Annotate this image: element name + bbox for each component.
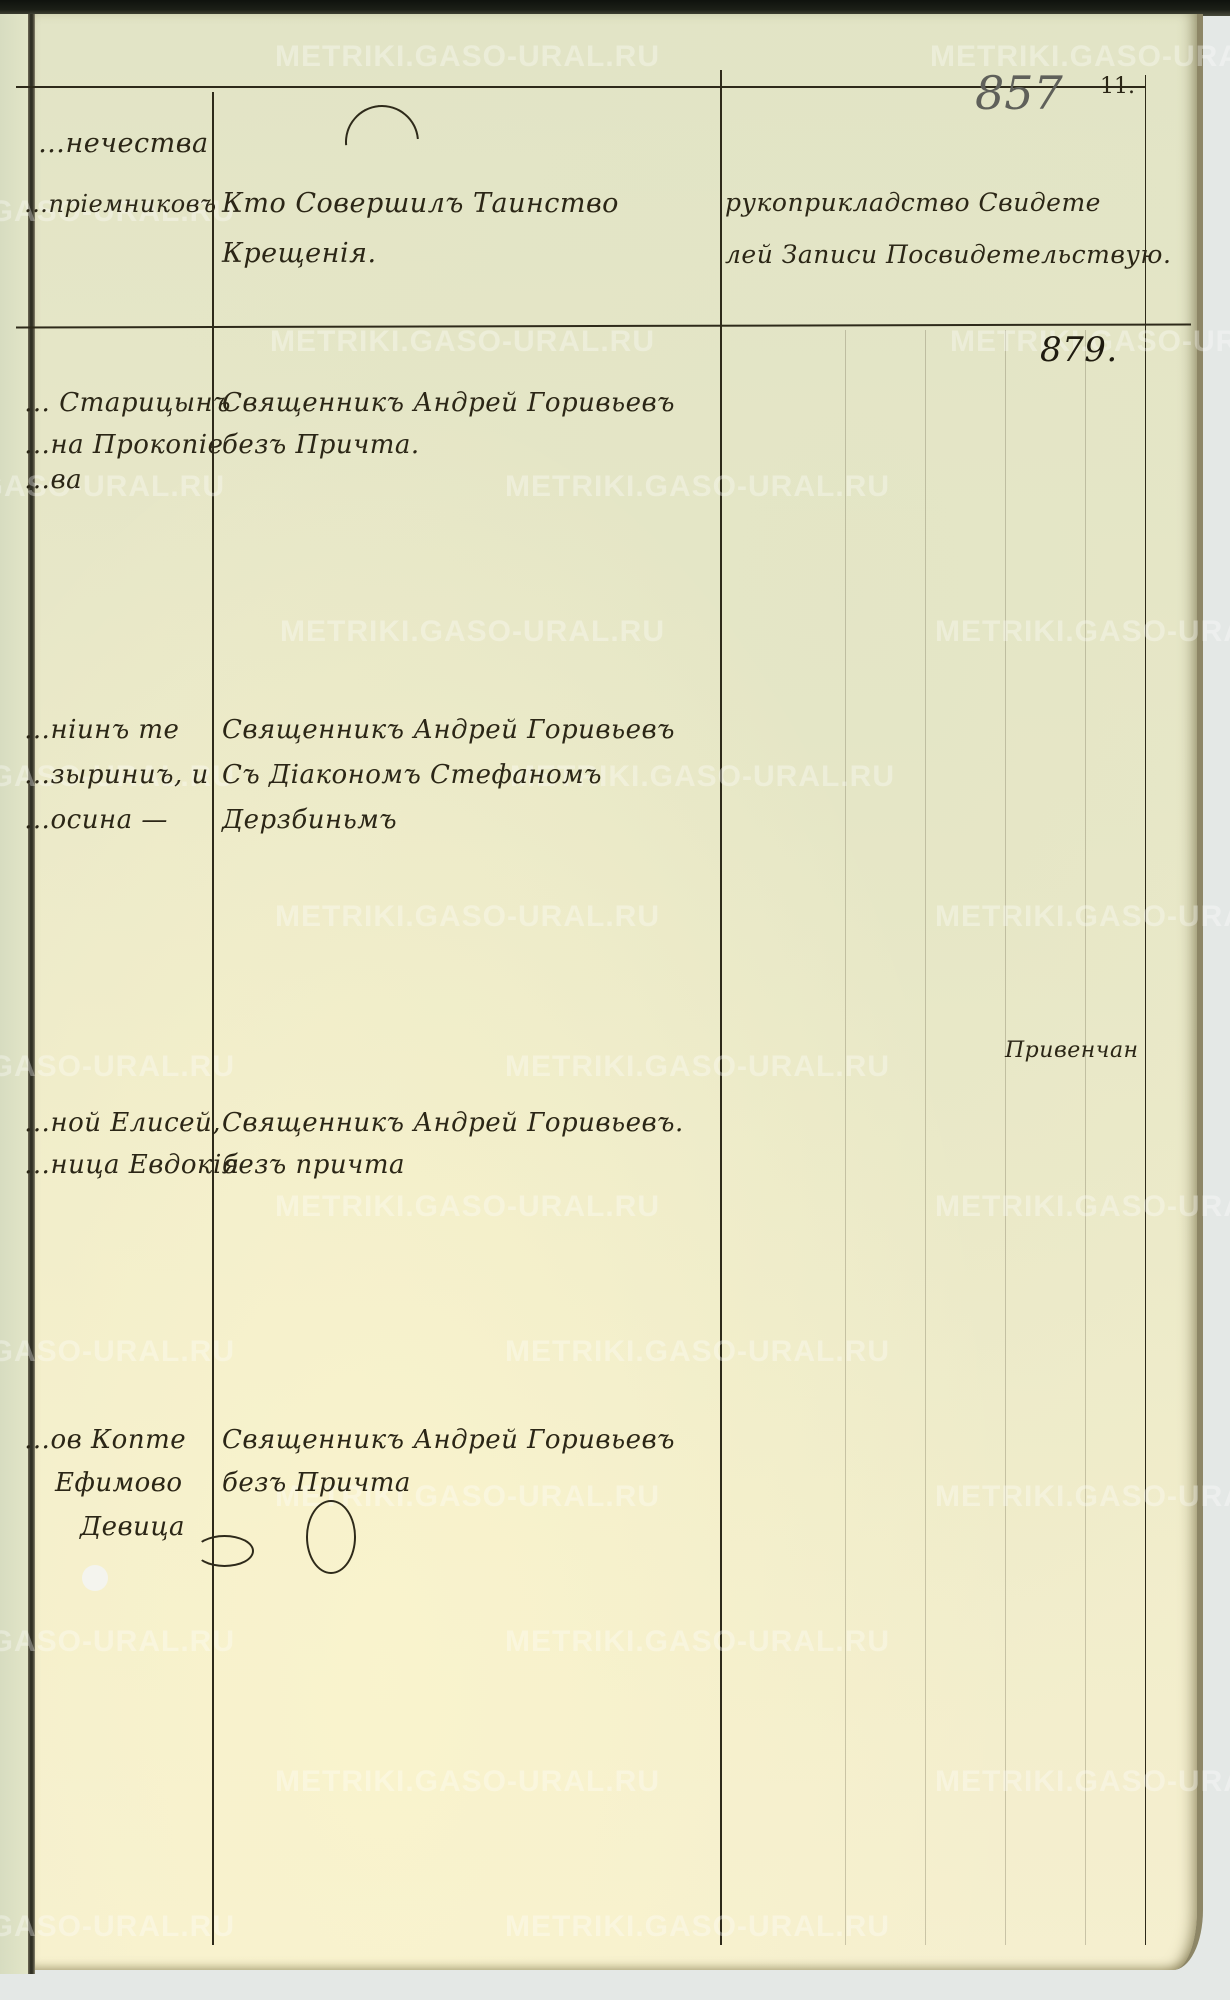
folio-number-pencil: 857: [975, 66, 1063, 120]
entry1-col1-line1: … Старицынъ: [24, 388, 231, 418]
header-col2-line2: Крещенія.: [222, 238, 377, 269]
entry4-col1-flourish: [195, 1535, 254, 1567]
entry1-col2-line2: безъ Причта.: [222, 430, 420, 460]
column-rule-1: [212, 92, 214, 1945]
entry2-col2-line1: Священникъ Андрей Горивьевъ: [222, 715, 675, 745]
entry4-flourish: [306, 1500, 356, 1574]
facing-page-edge: [0, 14, 30, 1974]
entry3-col1-line1: …ной Елисей,: [24, 1108, 221, 1138]
binding-gutter: [28, 14, 35, 1974]
header-col2-line1: Кто Совершилъ Таинство: [222, 188, 619, 219]
bleedthrough-rule: [845, 330, 846, 1945]
record-number: 879.: [1040, 330, 1118, 370]
entry3-col2-line1: Священникъ Андрей Горивьевъ.: [222, 1108, 684, 1138]
entry1-col1-line3: …ва: [24, 465, 82, 495]
entry1-col2-line1: Священникъ Андрей Горивьевъ: [222, 388, 675, 418]
header-col3-line1: рукоприкладство Свидете: [725, 188, 1101, 217]
entry4-col1-line2: Ефимово: [55, 1468, 183, 1498]
column-rule-2: [720, 70, 722, 1945]
entry2-col2-line3: Дерзбиньмъ: [222, 805, 397, 835]
header-col3-line2: лей Записи Посвидетельствую.: [725, 240, 1171, 269]
entry2-col1-line3: …осина —: [24, 805, 168, 835]
column-rule-3: [1145, 75, 1146, 1945]
entry3-col1-line2: …ница Евдокія: [24, 1150, 240, 1180]
entry4-col1-line1: …ов Копте: [24, 1425, 186, 1455]
entry4-col1-line3: Девица: [80, 1512, 185, 1542]
entry2-col1-line2: …зыриниъ, и: [24, 760, 209, 790]
header-col1-line2: …пріемниковъ: [24, 190, 217, 218]
bleedthrough-rule: [1005, 330, 1006, 1945]
entry1-col1-line2: …на Прокопіе: [24, 430, 224, 460]
paper-sheet: [35, 14, 1203, 1970]
entry2-col2-line2: Съ Діакономъ Стефаномъ: [222, 760, 602, 790]
scanned-page: METRIKI.GASO-URAL.RU METRIKI.GASO-URAL.R…: [0, 0, 1230, 2000]
header-col1-line1: …нечества: [38, 128, 209, 159]
entry2-col1-line1: …ніинъ те: [24, 715, 179, 745]
entry4-col2-line1: Священникъ Андрей Горивьевъ: [222, 1425, 675, 1455]
entry4-col2-line2: безъ Причта: [222, 1468, 411, 1498]
paper-hole: [82, 1565, 108, 1591]
bleedthrough-rule: [925, 330, 926, 1945]
entry3-col3-note: Привенчан: [1005, 1038, 1139, 1063]
entry3-col2-line2: безъ причта: [222, 1150, 405, 1180]
bleedthrough-rule: [1085, 330, 1086, 1945]
folio-number-ink: 11.: [1100, 74, 1135, 99]
